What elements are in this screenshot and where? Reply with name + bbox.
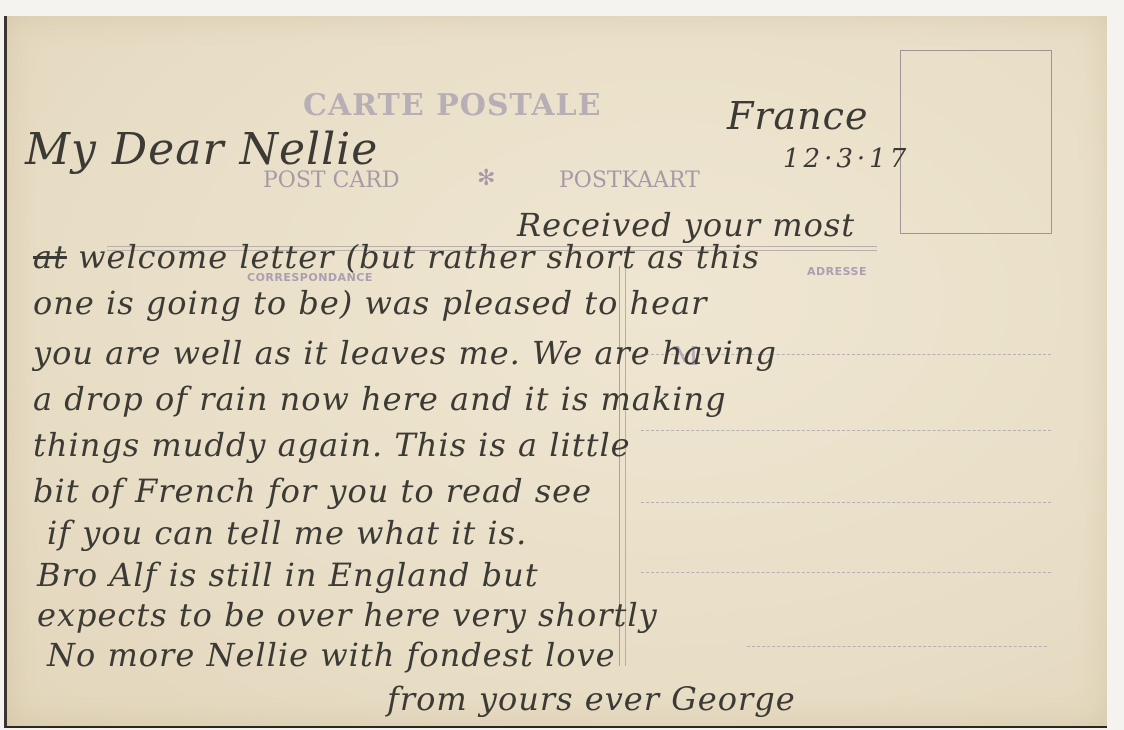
signature-line: from yours ever George (387, 680, 796, 718)
date: 12·3·17 (783, 144, 910, 174)
address-line (641, 430, 1051, 431)
message-line: one is going to be) was pleased to hear (33, 284, 707, 322)
message-line: if you can tell me what it is. (47, 514, 527, 552)
struck-word: at (33, 238, 67, 276)
place: France (727, 94, 868, 138)
message-line: No more Nellie with fondest love (47, 636, 616, 674)
message-line: you are well as it leaves me. We are hav… (33, 334, 777, 372)
message-line-text: welcome letter (but rather short as this (78, 238, 760, 276)
postcard: CARTE POSTALE POST CARD ✻ POSTKAART CORR… (4, 16, 1107, 728)
message-line: at welcome letter (but rather short as t… (33, 238, 760, 276)
message-line: things muddy again. This is a little (33, 426, 631, 464)
stamp-box (900, 50, 1052, 234)
address-line (747, 646, 1047, 647)
message-line: expects to be over here very shortly (37, 596, 658, 634)
greeting: My Dear Nellie (25, 124, 378, 175)
printed-title-carte-postale: CARTE POSTALE (303, 88, 601, 123)
message-line: bit of French for you to read see (33, 472, 592, 510)
address-line (641, 572, 1051, 573)
message-line: a drop of rain now here and it is making (33, 380, 727, 418)
address-line (641, 502, 1051, 503)
printed-title-postkaart: POSTKAART (559, 168, 700, 193)
message-line: Bro Alf is still in England but (37, 556, 539, 594)
star-ornament-icon: ✻ (477, 166, 495, 191)
address-label: ADRESSE (807, 265, 867, 278)
